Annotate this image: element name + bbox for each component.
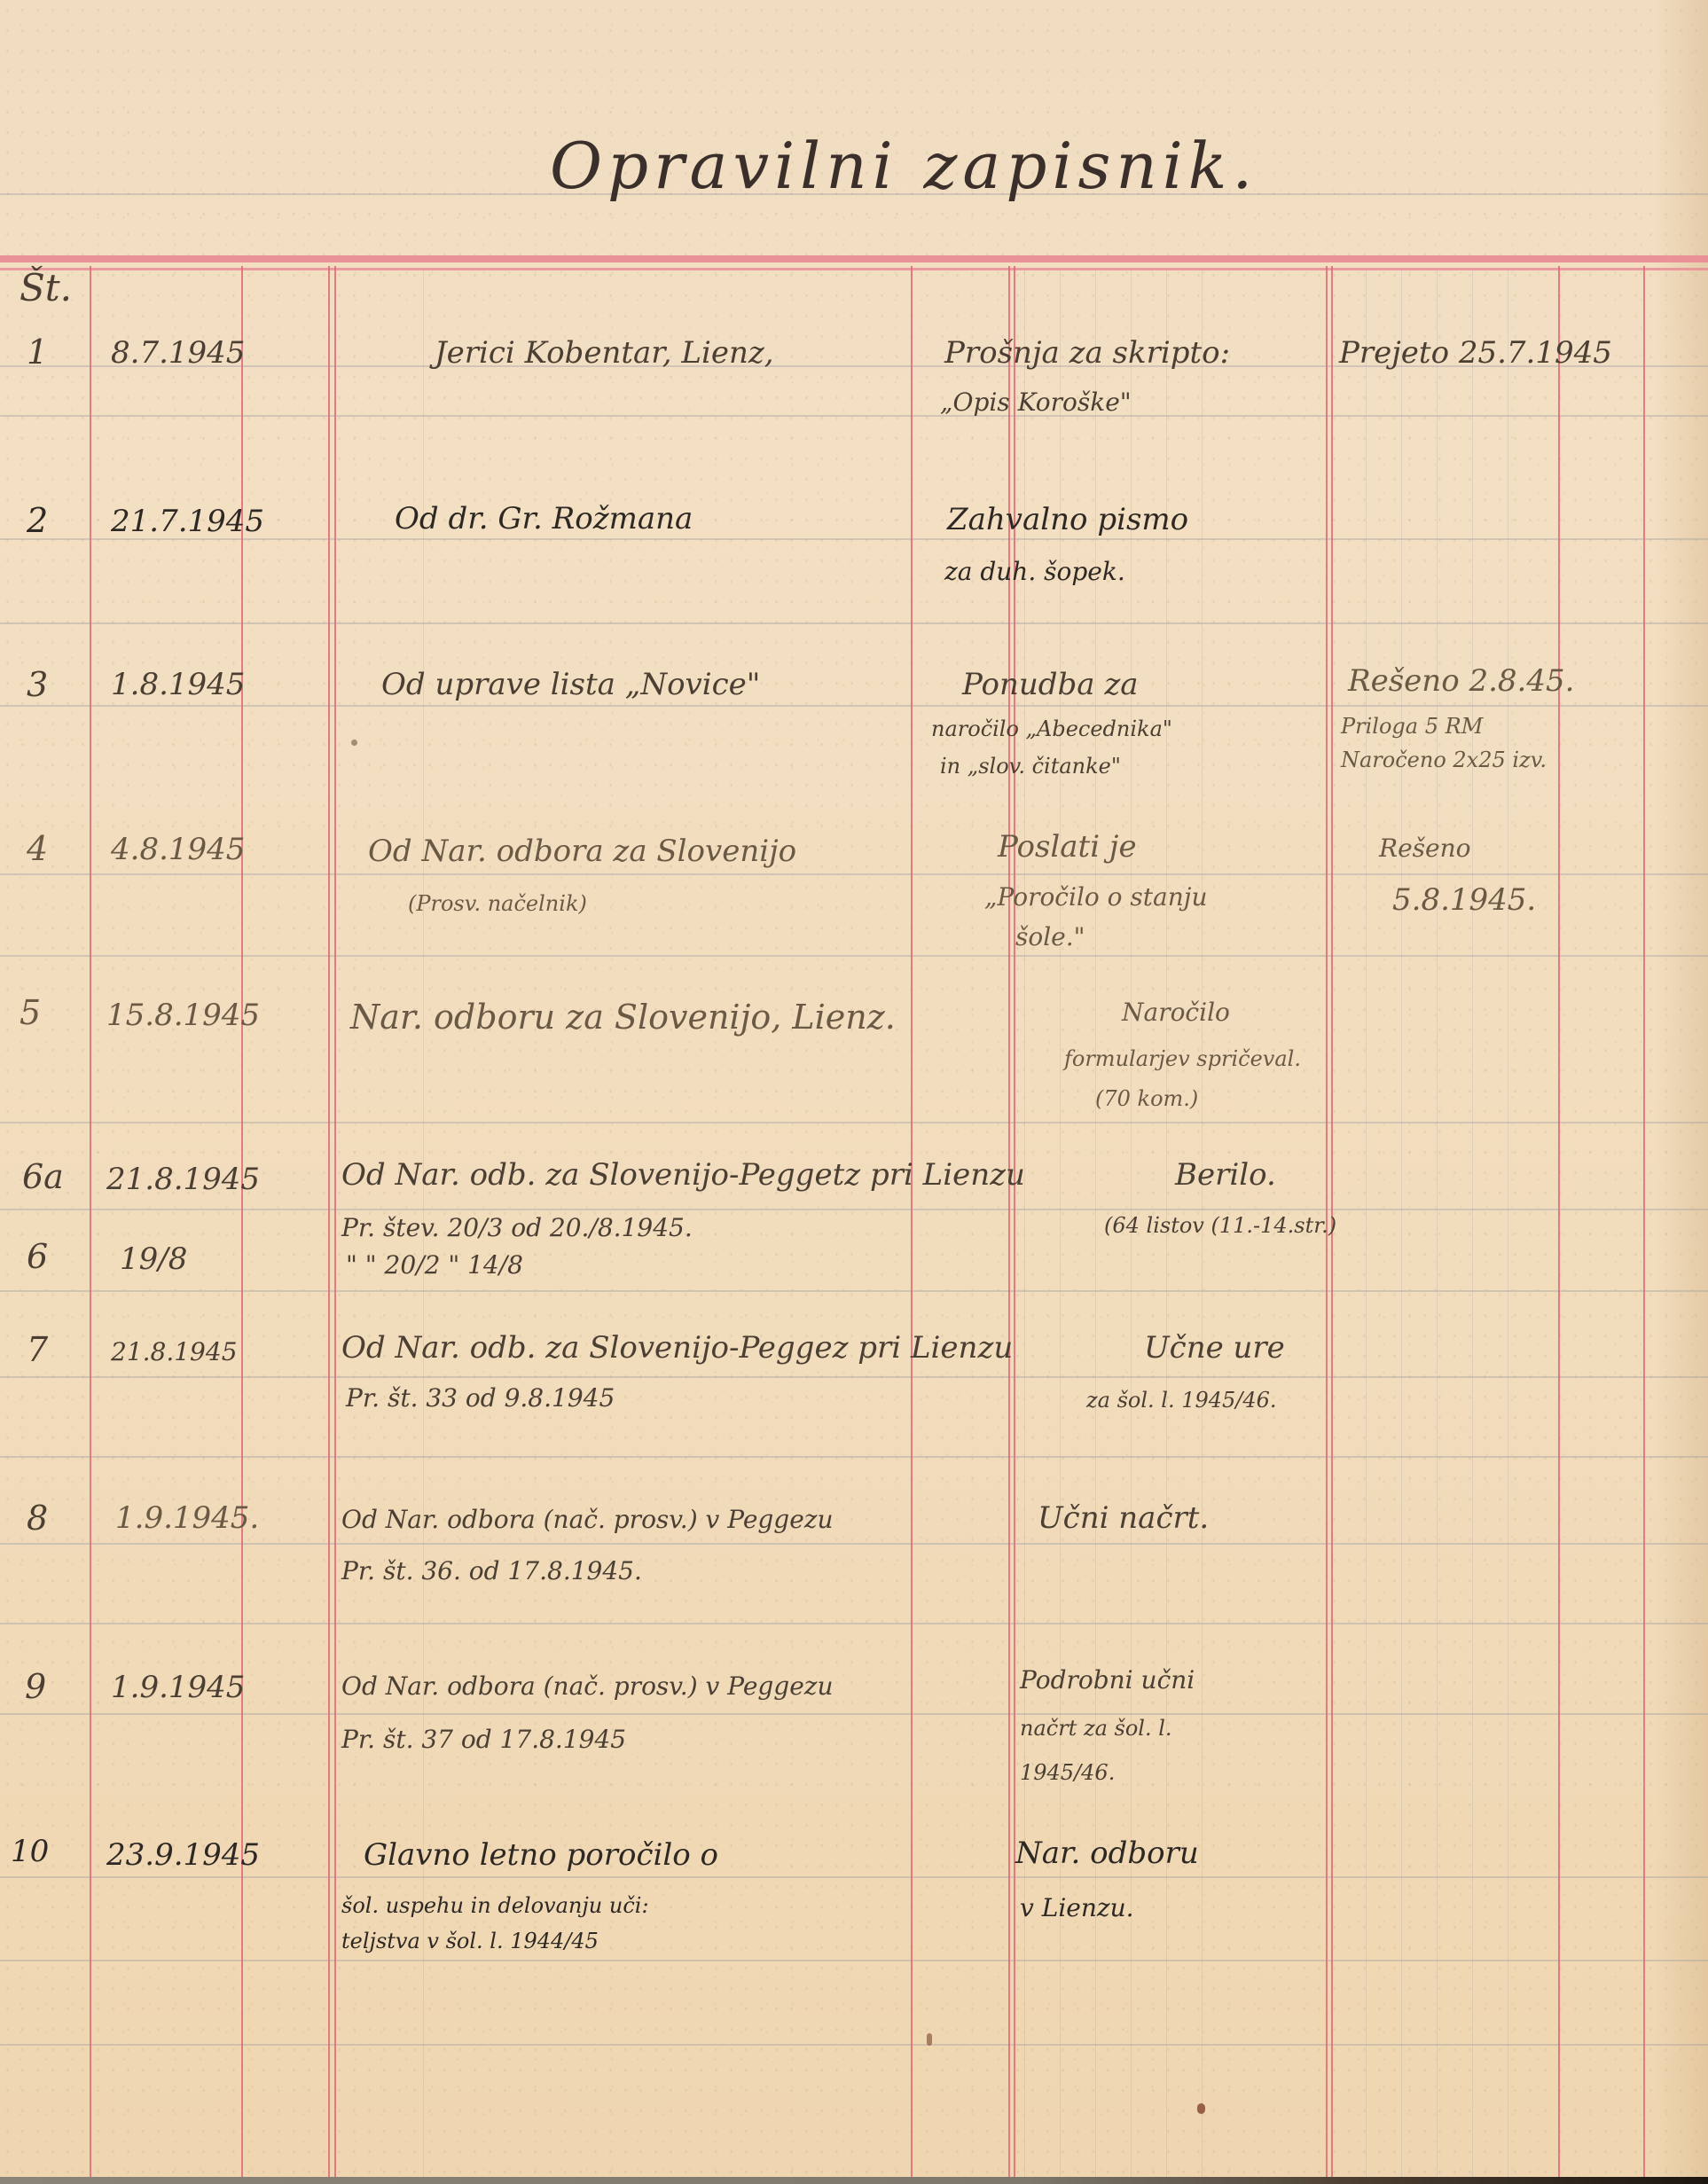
entry-resolution-line: Priloga 5 RM [1341,714,1483,739]
entry-content-line: v Lienzu. [1020,1893,1134,1922]
entry-date: 21.8.1945 [111,1337,238,1366]
entry-content-line: 1945/46. [1020,1760,1115,1785]
entry-content-line: Učne ure [1144,1330,1285,1366]
entry-content-line: Prošnja za skripto: [944,335,1230,371]
scan-bottom-edge [0,2177,1708,2184]
entry-sender-line: Pr. št. 36. od 17.8.1945. [341,1556,642,1585]
entry-content-line: Naročilo [1122,998,1230,1027]
entry-content-line: Podrobni učni [1020,1665,1195,1695]
entry-content-line: in „slov. čitanke" [940,754,1121,779]
entry-sender: Od Nar. odb. za Slovenijo-Peggez pri Lie… [341,1330,1013,1366]
entry-content-line: (70 kom.) [1095,1086,1198,1111]
entry-sender-line: teljstva v šol. l. 1944/45 [341,1929,599,1953]
entry-content-line: naročilo „Abecednika" [931,716,1172,741]
entry-date: 23.9.1945 [106,1837,260,1873]
entry-sender-line: " " 20/2 " 14/8 [346,1250,523,1280]
entry-content-line: načrt za šol. l. [1020,1716,1172,1741]
page-edge-shadow [1655,0,1708,2184]
entry-date: 1.8.1945 [111,667,245,702]
entry-date: 4.8.1945 [111,832,245,867]
entry-date: 21.7.1945 [111,504,264,539]
page-title: Opravilni zapisnik. [550,129,1257,203]
entry-sender: Od Nar. odbora za Slovenijo [368,834,796,869]
entry-content-line: formularjev spričeval. [1064,1046,1301,1071]
entry-content-line: „Poročilo o stanju [984,882,1207,912]
entry-content-line: (64 listov (11.-14.str.) [1104,1213,1336,1238]
entry-resolution-line: 5.8.1945. [1392,882,1536,918]
entry-resolution-line: Prejeto 25.7.1945 [1339,335,1612,371]
entry-sender: Od Nar. odbora (nač. prosv.) v Peggezu [341,1505,834,1534]
ink-spot [351,740,357,746]
entry-content-line: šole." [1015,922,1085,951]
entry-date: 1.9.1945. [115,1500,259,1536]
entry-date: 19/8 [120,1241,187,1277]
entry-number: 1 [27,333,48,372]
entry-sender: Od uprave lista „Novice" [381,667,760,702]
entry-number: 7 [27,1330,48,1369]
entry-number: 4 [27,829,48,868]
entry-number: 9 [25,1667,46,1706]
entry-resolution-line: Naročeno 2x25 izv. [1341,748,1547,772]
entry-content-line: Berilo. [1175,1157,1276,1193]
entry-number: 6a [22,1157,64,1196]
entry-sender-line: Pr. štev. 20/3 od 20./8.1945. [341,1213,693,1242]
entry-resolution-line: Rešeno [1379,834,1470,863]
entry-date: 21.8.1945 [106,1162,260,1197]
entry-resolution-line: Rešeno 2.8.45. [1348,663,1574,699]
entry-date: 15.8.1945 [106,998,260,1033]
entry-sender: Od dr. Gr. Rožmana [395,501,693,536]
entry-sender: Glavno letno poročilo o [364,1837,718,1873]
entry-content-line: za duh. šopek. [944,557,1125,586]
entry-content-line: za šol. l. 1945/46. [1086,1388,1277,1413]
ledger-page: Opravilni zapisnik. Št. 1 8.7.1945 Jeric… [0,0,1708,2184]
ink-spot [1197,2103,1205,2114]
entry-sender: Jerici Kobentar, Lienz, [435,335,774,371]
entry-number: 3 [27,665,48,704]
entry-content-line: Ponudba za [962,667,1139,702]
entry-sender-line: (Prosv. načelnik) [408,891,587,916]
entry-sender: Od Nar. odbora (nač. prosv.) v Peggezu [341,1671,834,1701]
entry-number: 6 [27,1237,48,1276]
entry-content-line: Učni načrt. [1038,1500,1209,1536]
entry-date: 1.9.1945 [111,1670,245,1705]
entry-number: 2 [27,501,48,540]
number-column-header: Št. [20,266,72,309]
entry-sender-line: šol. uspehu in delovanju uči: [341,1893,649,1918]
entry-date: 8.7.1945 [111,335,245,371]
ink-spot [927,2033,932,2046]
entry-sender: Nar. odboru za Slovenijo, Lienz. [350,998,896,1037]
entry-content-line: Poslati je [998,829,1137,865]
entry-sender-line: Pr. št. 37 od 17.8.1945 [341,1725,626,1754]
entry-content-line: Zahvalno pismo [947,502,1188,537]
entry-sender: Od Nar. odb. za Slovenijo-Peggetz pri Li… [341,1157,1025,1193]
entry-number: 8 [27,1499,48,1538]
entry-content-line: Nar. odboru [1015,1836,1199,1871]
entry-content-line: „Opis Koroške" [940,387,1132,417]
entry-number: 5 [20,993,41,1032]
entry-number: 10 [11,1834,49,1869]
entry-sender-line: Pr. št. 33 od 9.8.1945 [346,1383,615,1413]
